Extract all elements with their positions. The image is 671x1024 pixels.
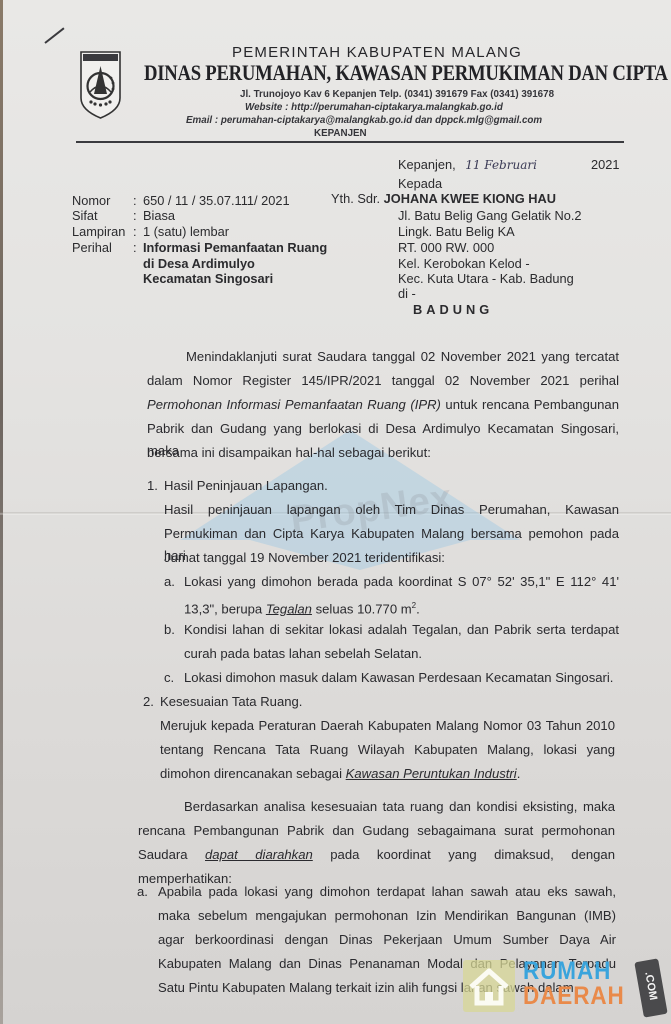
sub-b-line: curah pada batas lahan sebelah Selatan. bbox=[184, 643, 619, 665]
sub-b-line: Kondisi lahan di sekitar lokasi adalah T… bbox=[184, 619, 619, 641]
letterhead-email: Email : perumahan-ciptakarya@malangkab.g… bbox=[186, 115, 542, 126]
analysis-text: pada koordinat yang dimaksud, dengan bbox=[313, 847, 615, 862]
meta-value-perihal: Informasi Pemanfaatan Ruang bbox=[143, 240, 327, 255]
item-1-title: Hasil Peninjauan Lapangan. bbox=[164, 475, 328, 497]
kabupaten-malang-crest-icon bbox=[79, 50, 122, 120]
intro-subject: Permohonan Informasi Pemanfaatan Ruang (… bbox=[147, 397, 441, 412]
intro-line: Menindaklanjuti surat Saudara tanggal 02… bbox=[186, 346, 619, 368]
letterhead-address: Jl. Trunojoyo Kav 6 Kepanjen Telp. (0341… bbox=[240, 89, 554, 100]
meta-value-sifat: Biasa bbox=[143, 208, 175, 223]
sub-a-line: Lokasi yang dimohon berada pada koordina… bbox=[184, 571, 619, 593]
recipient-address-line: Kec. Kuta Utara - Kab. Badung bbox=[398, 271, 574, 286]
date-place: Kepanjen, bbox=[398, 157, 456, 172]
meta-colon: : bbox=[133, 208, 137, 223]
meta-colon: : bbox=[133, 193, 137, 208]
analysis-line: Saudara dapat diarahkan pada koordinat y… bbox=[138, 844, 615, 866]
meta-label-perihal: Perihal bbox=[72, 240, 112, 255]
recipient-address-line: Kel. Kerobokan Kelod - bbox=[398, 256, 530, 271]
sub-c-line: Lokasi dimohon masuk dalam Kawasan Perde… bbox=[184, 667, 613, 689]
item-1-line: Hasil peninjauan lapangan oleh Tim Dinas… bbox=[164, 499, 619, 521]
sub-b-marker: b. bbox=[164, 619, 175, 641]
intro-line: Permohonan Informasi Pemanfaatan Ruang (… bbox=[147, 394, 619, 416]
letterhead-government: PEMERINTAH KABUPATEN MALANG bbox=[232, 44, 522, 61]
analysis-text: Saudara bbox=[138, 847, 205, 862]
zoning-designation: Kawasan Peruntukan Industri bbox=[346, 766, 517, 781]
meta-label-nomor: Nomor bbox=[72, 193, 110, 208]
decision: dapat diarahkan bbox=[205, 847, 313, 862]
letterhead-agency: DINAS PERUMAHAN, KAWASAN PERMUKIMAN DAN … bbox=[144, 60, 671, 86]
item-2-line: Merujuk kepada Peraturan Daerah Kabupate… bbox=[160, 715, 615, 737]
recipient-city: BADUNG bbox=[413, 302, 493, 317]
letterhead-divider bbox=[76, 141, 624, 143]
date-year: 2021 bbox=[591, 157, 619, 172]
sub-a-marker: a. bbox=[164, 571, 175, 593]
rumahdaerah-watermark: RUMAH DAERAH .COM bbox=[463, 960, 671, 1024]
item-2-line: tentang Rencana Tata Ruang Wilayah Kabup… bbox=[160, 739, 615, 761]
meta-value-lampiran: 1 (satu) lembar bbox=[143, 224, 229, 239]
recipient-kepada: Kepada bbox=[398, 176, 442, 191]
note-a-line: maka sebelum mengajukan permohonan Izin … bbox=[158, 905, 616, 927]
item-2-number: 2. bbox=[143, 691, 154, 713]
meta-colon: : bbox=[133, 240, 137, 255]
note-a-marker: a. bbox=[137, 881, 148, 903]
item-1-line: Jumat tanggal 19 November 2021 teridenti… bbox=[164, 547, 619, 569]
note-a-line: agar berkoordinasi dengan Dinas Pekerjaa… bbox=[158, 929, 616, 951]
recipient-salutation: Yth. Sdr. bbox=[331, 191, 380, 206]
brand-suffix-badge: .COM bbox=[634, 958, 667, 1017]
sub-a-line: 13,3", berupa Tegalan seluas 10.770 m2. bbox=[184, 595, 420, 620]
intro-line: dalam Nomor Register 145/IPR/2021 tangga… bbox=[147, 370, 619, 392]
item-2-end: . bbox=[517, 766, 521, 781]
sub-c-marker: c. bbox=[164, 667, 174, 689]
letter-date: Kepanjen, 11 Februari bbox=[398, 157, 537, 172]
house-icon bbox=[463, 960, 515, 1012]
intro-text: untuk rencana Pembangunan bbox=[441, 397, 619, 412]
brand-daerah: DAERAH bbox=[523, 982, 625, 1011]
item-2-title: Kesesuaian Tata Ruang. bbox=[160, 691, 302, 713]
intro-line: bersama ini disampaikan hal-hal sebagai … bbox=[147, 442, 619, 464]
recipient-address-line: RT. 000 RW. 000 bbox=[398, 240, 494, 255]
recipient-address-line: di - bbox=[398, 286, 416, 301]
meta-label-sifat: Sifat bbox=[72, 208, 98, 223]
analysis-line: rencana Pembangunan Pabrik dan Gudang se… bbox=[138, 820, 615, 842]
meta-value-perihal-cont: Kecamatan Singosari bbox=[143, 271, 273, 286]
date-handwritten: 11 Februari bbox=[465, 158, 537, 172]
letterhead-city: KEPANJEN bbox=[314, 128, 367, 139]
sub-a-end: . bbox=[416, 601, 420, 616]
brand-suffix: .COM bbox=[641, 965, 660, 1006]
sub-a-land-type: Tegalan bbox=[266, 601, 312, 616]
analysis-line: Berdasarkan analisa kesesuaian tata ruan… bbox=[184, 796, 615, 818]
recipient-line: Yth. Sdr. JOHANA KWEE KIONG HAU bbox=[331, 191, 556, 206]
recipient-address-line: Jl. Batu Belig Gang Gelatik No.2 bbox=[398, 208, 582, 223]
recipient-name: JOHANA KWEE KIONG HAU bbox=[384, 191, 556, 206]
letterhead-website: Website : http://perumahan-ciptakarya.ma… bbox=[245, 102, 503, 113]
item-2-text: dimohon direncanakan sebagai bbox=[160, 766, 346, 781]
meta-value-nomor: 650 / 11 / 35.07.111/ 2021 bbox=[143, 193, 290, 208]
meta-value-perihal-cont: di Desa Ardimulyo bbox=[143, 256, 255, 271]
recipient-address-line: Lingk. Batu Belig KA bbox=[398, 224, 515, 239]
sub-a-text: 13,3", berupa bbox=[184, 601, 266, 616]
meta-label-lampiran: Lampiran bbox=[72, 224, 125, 239]
sub-a-area: seluas 10.770 m bbox=[312, 601, 412, 616]
note-a-line: Apabila pada lokasi yang dimohon terdapa… bbox=[158, 881, 616, 903]
item-1-number: 1. bbox=[147, 475, 158, 497]
meta-colon: : bbox=[133, 224, 137, 239]
item-2-line: dimohon direncanakan sebagai Kawasan Per… bbox=[160, 763, 520, 785]
